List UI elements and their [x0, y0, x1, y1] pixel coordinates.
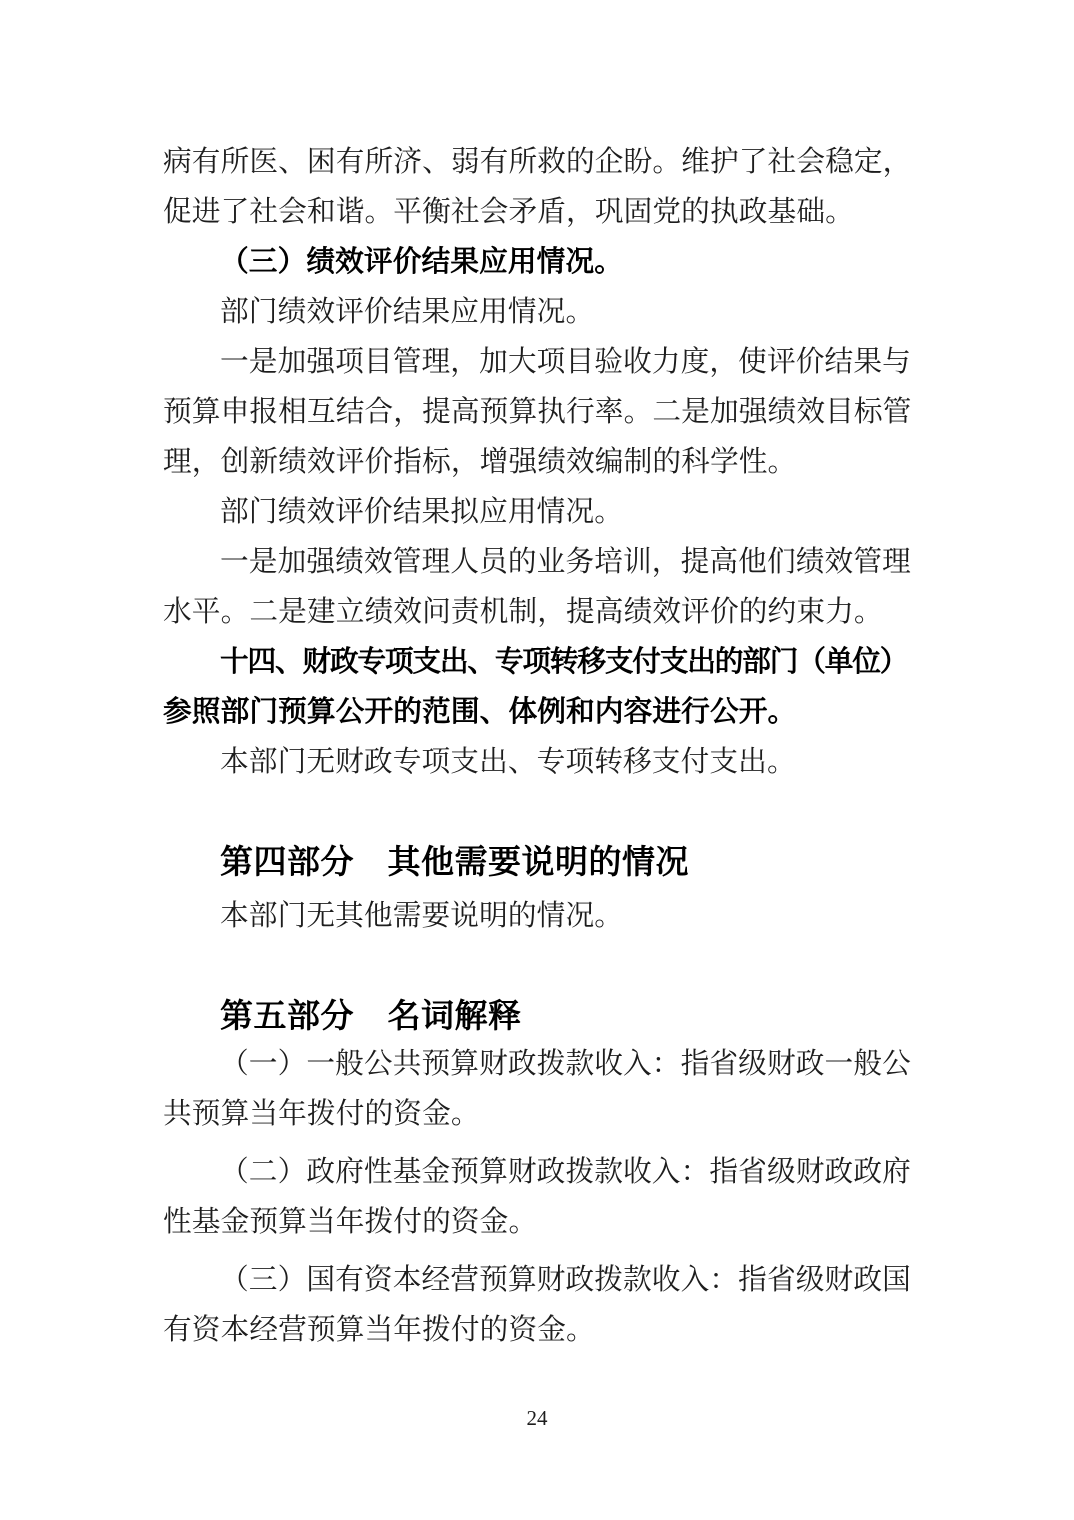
paragraph: （三）绩效评价结果应用情况。: [163, 237, 911, 287]
text-line: 第四部分 其他需要说明的情况: [163, 839, 911, 885]
text-line: 本部门无财政专项支出、专项转移支付支出。: [163, 737, 911, 787]
paragraph: 病有所医、困有所济、弱有所救的企盼。维护了社会稳定，促进了社会和谐。平衡社会矛盾…: [163, 137, 911, 237]
text-line: 预算申报相互结合，提高预算执行率。二是加强绩效目标管: [163, 387, 911, 437]
paragraph: 本部门无其他需要说明的情况。: [163, 891, 911, 941]
text-line: 部门绩效评价结果应用情况。: [163, 287, 911, 337]
document-page: 病有所医、困有所济、弱有所救的企盼。维护了社会稳定，促进了社会和谐。平衡社会矛盾…: [0, 0, 1074, 1520]
page-number: 24: [0, 1403, 1074, 1433]
text-line: 一是加强项目管理，加大项目验收力度，使评价结果与: [163, 337, 911, 387]
document-body: 病有所医、困有所济、弱有所救的企盼。维护了社会稳定，促进了社会和谐。平衡社会矛盾…: [163, 137, 911, 1355]
text-line: 性基金预算当年拨付的资金。: [163, 1197, 911, 1247]
paragraph: 十四、财政专项支出、专项转移支付支出的部门（单位）参照部门预算公开的范围、体例和…: [163, 637, 911, 737]
text-line: 病有所医、困有所济、弱有所救的企盼。维护了社会稳定，: [163, 137, 911, 187]
paragraph: 一是加强绩效管理人员的业务培训，提高他们绩效管理水平。二是建立绩效问责机制，提高…: [163, 537, 911, 637]
paragraph: 部门绩效评价结果应用情况。: [163, 287, 911, 337]
paragraph: 一是加强项目管理，加大项目验收力度，使评价结果与预算申报相互结合，提高预算执行率…: [163, 337, 911, 487]
paragraph: （一）一般公共预算财政拨款收入：指省级财政一般公共预算当年拨付的资金。: [163, 1039, 911, 1139]
text-line: 部门绩效评价结果拟应用情况。: [163, 487, 911, 537]
text-line: 参照部门预算公开的范围、体例和内容进行公开。: [163, 687, 911, 737]
text-line: 水平。二是建立绩效问责机制，提高绩效评价的约束力。: [163, 587, 911, 637]
paragraph: （二）政府性基金预算财政拨款收入：指省级财政政府性基金预算当年拨付的资金。: [163, 1147, 911, 1247]
section-heading: 第五部分 名词解释: [163, 993, 911, 1039]
paragraph: （三）国有资本经营预算财政拨款收入：指省级财政国有资本经营预算当年拨付的资金。: [163, 1255, 911, 1355]
text-line: （一）一般公共预算财政拨款收入：指省级财政一般公: [163, 1039, 911, 1089]
text-line: （三）绩效评价结果应用情况。: [163, 237, 911, 287]
text-line: 理，创新绩效评价指标，增强绩效编制的科学性。: [163, 437, 911, 487]
paragraph: 部门绩效评价结果拟应用情况。: [163, 487, 911, 537]
text-line: 本部门无其他需要说明的情况。: [163, 891, 911, 941]
text-line: 十四、财政专项支出、专项转移支付支出的部门（单位）: [163, 637, 911, 687]
text-line: 共预算当年拨付的资金。: [163, 1089, 911, 1139]
section-heading: 第四部分 其他需要说明的情况: [163, 839, 911, 885]
text-line: 一是加强绩效管理人员的业务培训，提高他们绩效管理: [163, 537, 911, 587]
text-line: 促进了社会和谐。平衡社会矛盾，巩固党的执政基础。: [163, 187, 911, 237]
text-line: （二）政府性基金预算财政拨款收入：指省级财政政府: [163, 1147, 911, 1197]
paragraph: 本部门无财政专项支出、专项转移支付支出。: [163, 737, 911, 787]
text-line: （三）国有资本经营预算财政拨款收入：指省级财政国: [163, 1255, 911, 1305]
text-line: 第五部分 名词解释: [163, 993, 911, 1039]
text-line: 有资本经营预算当年拨付的资金。: [163, 1305, 911, 1355]
